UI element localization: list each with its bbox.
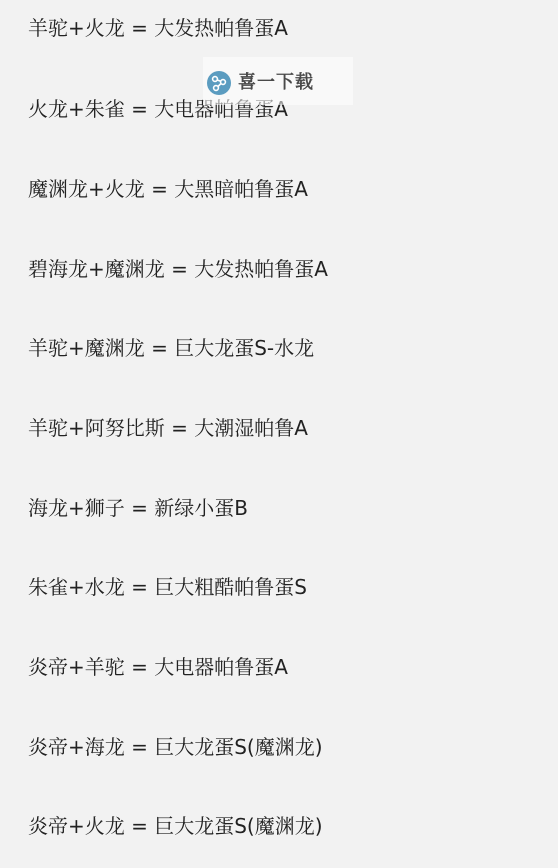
formula-line: 羊驼+魔渊龙 = 巨大龙蛋S-水龙	[28, 334, 314, 362]
formula-line: 碧海龙+魔渊龙 = 大发热帕鲁蛋A	[28, 255, 328, 283]
share-link-icon	[207, 71, 231, 95]
formula-line: 羊驼+阿努比斯 = 大潮湿帕鲁A	[28, 414, 308, 442]
watermark-text: 喜一下载	[238, 68, 314, 94]
formula-line: 羊驼+火龙 = 大发热帕鲁蛋A	[28, 14, 288, 42]
formula-line: 炎帝+火龙 = 巨大龙蛋S(魔渊龙)	[28, 812, 323, 840]
watermark: 喜一下载	[203, 57, 353, 105]
formula-line: 朱雀+水龙 = 巨大粗酷帕鲁蛋S	[28, 573, 307, 601]
formula-line: 炎帝+羊驼 = 大电器帕鲁蛋A	[28, 653, 288, 681]
formula-line: 魔渊龙+火龙 = 大黑暗帕鲁蛋A	[28, 175, 308, 203]
formula-line: 海龙+狮子 = 新绿小蛋B	[28, 494, 248, 522]
formula-line: 炎帝+海龙 = 巨大龙蛋S(魔渊龙)	[28, 733, 323, 761]
